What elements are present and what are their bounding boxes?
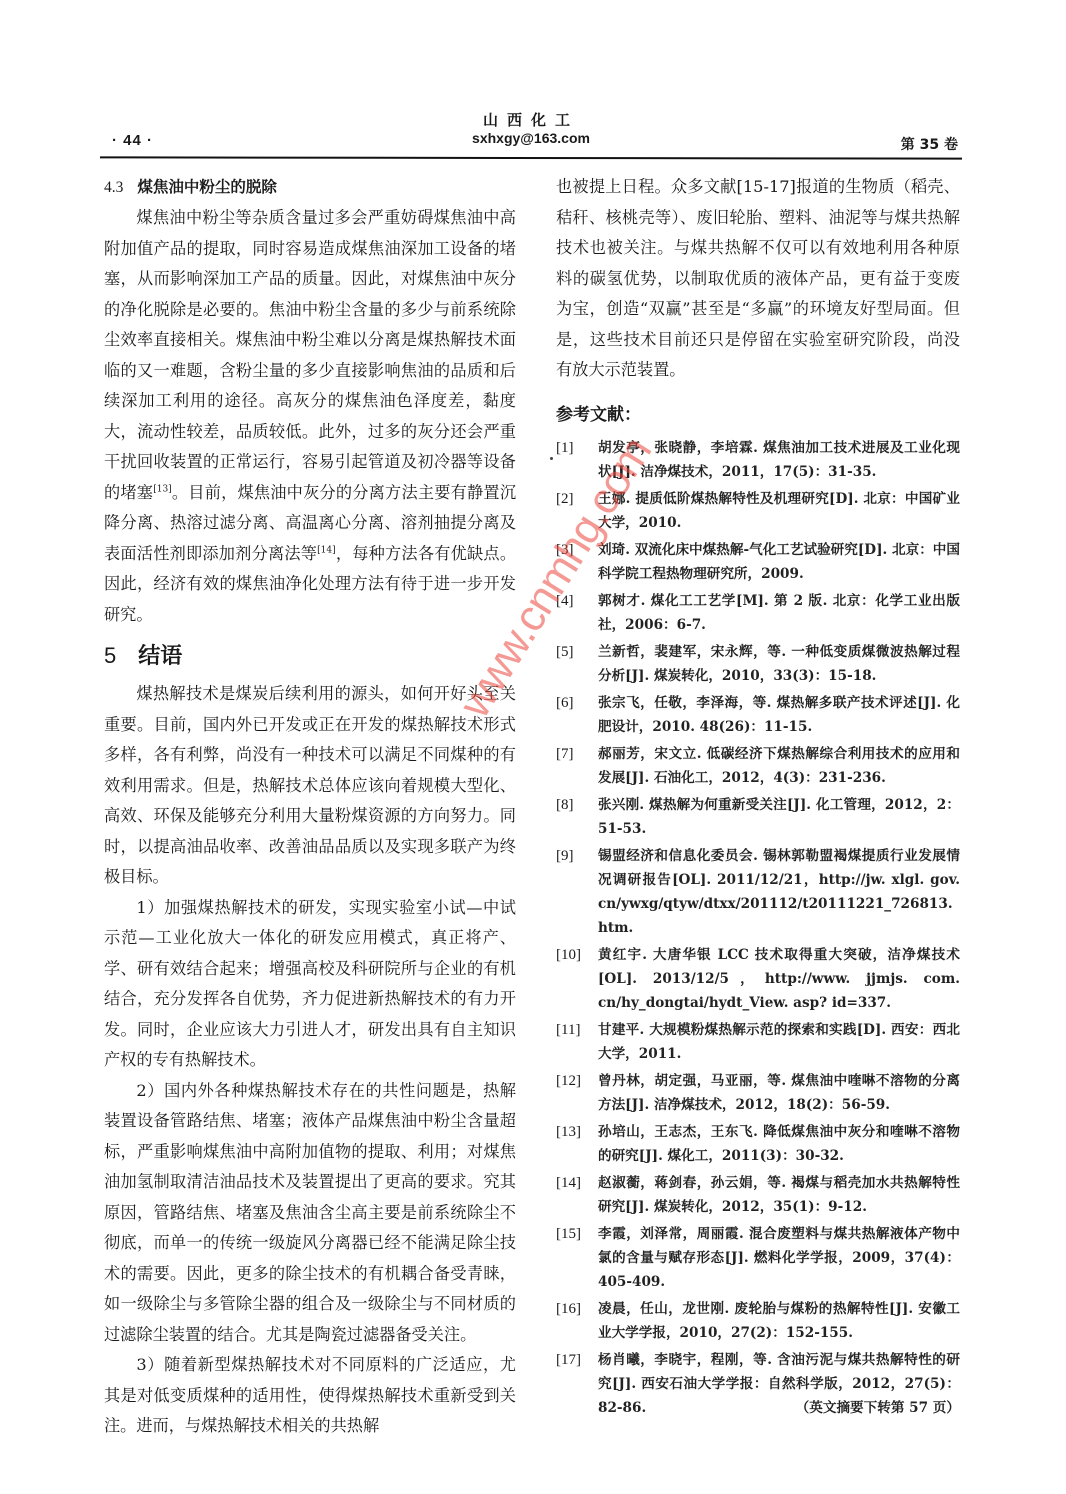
reference-text: 甘建平. 大规模粉煤热解示范的探索和实践[D]. 西安：西北大学，2011.	[598, 1018, 960, 1066]
reference-number: [8]	[556, 793, 598, 841]
reference-number: [3]	[556, 538, 598, 586]
reference-text: 孙培山，王志杰，王东飞. 降低煤焦油中灰分和喹啉不溶物的研究[J]. 煤化工，2…	[598, 1120, 960, 1168]
reference-number: [14]	[556, 1171, 598, 1219]
reference-item: [5]兰新哲，裴建军，宋永辉，等. 一种低变质煤微波热解过程分析[J]. 煤炭转…	[556, 640, 960, 688]
journal-masthead: 山西化工 sxhxgy@163.com	[100, 112, 962, 147]
conclusion-point-2: 2）国内外各种煤热解技术存在的共性问题是，热解装置设备管路结焦、堵塞；液体产品煤…	[104, 1076, 516, 1351]
reference-item: [11]甘建平. 大规模粉煤热解示范的探索和实践[D]. 西安：西北大学，201…	[556, 1018, 960, 1066]
reference-number: [4]	[556, 589, 598, 637]
conclusion-paragraph: 煤热解技术是煤炭后续利用的源头，如何开好头至关重要。目前，国内外已开发或正在开发…	[104, 679, 516, 893]
reference-text: 刘琦. 双流化床中煤热解-气化工艺试验研究[D]. 北京：中国科学院工程热物理研…	[598, 538, 960, 586]
reference-item: [4]郭树才. 煤化工工艺学[M]. 第 2 版. 北京：化学工业出版社，200…	[556, 589, 960, 637]
reference-text: 张兴刚. 煤热解为何重新受关注[J]. 化工管理，2012，2：51-53.	[598, 793, 960, 841]
reference-number: [11]	[556, 1018, 598, 1066]
reference-text: 杨肖曦，李晓宇，程刚，等. 含油污泥与煤共热解特性的研究[J]. 西安石油大学学…	[598, 1348, 960, 1420]
reference-number: [9]	[556, 844, 598, 940]
reference-text: 郝丽芳，宋文立. 低碳经济下煤热解综合利用技术的应用和发展[J]. 石油化工，2…	[598, 742, 960, 790]
reference-item: [7]郝丽芳，宋文立. 低碳经济下煤热解综合利用技术的应用和发展[J]. 石油化…	[556, 742, 960, 790]
reference-number: [13]	[556, 1120, 598, 1168]
reference-number: [5]	[556, 640, 598, 688]
reference-text: 李霞，刘泽常，周丽霞. 混合废塑料与煤共热解液体产物中氯的含量与赋存形态[J].…	[598, 1222, 960, 1294]
left-column: 4.3煤焦油中粉尘的脱除 煤焦油中粉尘等杂质含量过多会严重妨碍煤焦油中高附加值产…	[104, 172, 516, 1442]
citation-14: [14]	[317, 545, 335, 555]
scan-artifact-dot	[550, 457, 553, 460]
reference-text: 凌晨，任山，龙世刚. 废轮胎与煤粉的热解特性[J]. 安徽工业大学学报，2010…	[598, 1297, 960, 1345]
reference-item: [6]张宗飞，任敬，李泽海，等. 煤热解多联产技术评述[J]. 化肥设计，201…	[556, 691, 960, 739]
section-4-3-paragraph: 煤焦油中粉尘等杂质含量过多会严重妨碍煤焦油中高附加值产品的提取，同时容易造成煤焦…	[104, 203, 516, 630]
reference-number: [12]	[556, 1069, 598, 1117]
reference-number: [16]	[556, 1297, 598, 1345]
right-column: 也被提上日程。众多文献[15-17]报道的生物质（稻壳、秸秆、核桃壳等）、废旧轮…	[556, 172, 960, 1423]
journal-name: 山西化工	[100, 112, 962, 129]
section-4-3-heading: 4.3煤焦油中粉尘的脱除	[104, 172, 516, 203]
reference-item: [9]锡盟经济和信息化委员会. 锡林郭勒盟褐煤提质行业发展情况调研报告[OL].…	[556, 844, 960, 940]
section-title: 煤焦油中粉尘的脱除	[137, 178, 277, 196]
reference-item: [13]孙培山，王志杰，王东飞. 降低煤焦油中灰分和喹啉不溶物的研究[J]. 煤…	[556, 1120, 960, 1168]
reference-item: [14]赵淑蘅，蒋剑春，孙云娟，等. 褐煤与稻壳加水共热解特性研究[J]. 煤炭…	[556, 1171, 960, 1219]
page-header: · 44 · 山西化工 sxhxgy@163.com 第 35 卷	[100, 112, 962, 160]
header-rule	[100, 156, 962, 159]
reference-number: [17]	[556, 1348, 598, 1420]
conclusion-point-3: 3）随着新型煤热解技术对不同原料的广泛适应，尤其是对低变质煤种的适用性，使得煤热…	[104, 1350, 516, 1442]
section-title: 结语	[138, 644, 182, 669]
section-number: 5	[104, 643, 116, 668]
reference-number: [15]	[556, 1222, 598, 1294]
reference-text: 赵淑蘅，蒋剑春，孙云娟，等. 褐煤与稻壳加水共热解特性研究[J]. 煤炭转化，2…	[598, 1171, 960, 1219]
volume-label: 第 35 卷	[901, 134, 958, 154]
section-5-heading: 5结语	[104, 638, 516, 675]
reference-text: 黄红宇. 大唐华银 LCC 技术取得重大突破，洁净煤技术[OL]. 2013/1…	[598, 943, 960, 1015]
reference-number: [1]	[556, 436, 598, 484]
reference-item: [2]王娜. 提质低阶煤热解特性及机理研究[D]. 北京：中国矿业大学，2010…	[556, 487, 960, 535]
references-heading: 参考文献：	[556, 400, 960, 430]
reference-item: [3]刘琦. 双流化床中煤热解-气化工艺试验研究[D]. 北京：中国科学院工程热…	[556, 538, 960, 586]
reference-text: 郭树才. 煤化工工艺学[M]. 第 2 版. 北京：化学工业出版社，2006：6…	[598, 589, 960, 637]
reference-item: [10]黄红宇. 大唐华银 LCC 技术取得重大突破，洁净煤技术[OL]. 20…	[556, 943, 960, 1015]
reference-text: 兰新哲，裴建军，宋永辉，等. 一种低变质煤微波热解过程分析[J]. 煤炭转化，2…	[598, 640, 960, 688]
journal-email: sxhxgy@163.com	[100, 129, 962, 147]
reference-text: 曾丹林，胡定强，马亚丽，等. 煤焦油中喹啉不溶物的分离方法[J]. 洁净煤技术，…	[598, 1069, 960, 1117]
reference-list: [1]胡发亭，张晓静，李培霖. 煤焦油加工技术进展及工业化现状[J]. 洁净煤技…	[556, 436, 960, 1420]
reference-number: [6]	[556, 691, 598, 739]
reference-text: 王娜. 提质低阶煤热解特性及机理研究[D]. 北京：中国矿业大学，2010.	[598, 487, 960, 535]
section-number: 4.3	[104, 179, 123, 196]
reference-number: [10]	[556, 943, 598, 1015]
continued-note: （英文摘要下转第 57 页）	[796, 1396, 960, 1420]
reference-text: 张宗飞，任敬，李泽海，等. 煤热解多联产技术评述[J]. 化肥设计，2010. …	[598, 691, 960, 739]
reference-item: [16]凌晨，任山，龙世刚. 废轮胎与煤粉的热解特性[J]. 安徽工业大学学报，…	[556, 1297, 960, 1345]
reference-number: [2]	[556, 487, 598, 535]
reference-item: [12]曾丹林，胡定强，马亚丽，等. 煤焦油中喹啉不溶物的分离方法[J]. 洁净…	[556, 1069, 960, 1117]
reference-number: [7]	[556, 742, 598, 790]
reference-item: [17]杨肖曦，李晓宇，程刚，等. 含油污泥与煤共热解特性的研究[J]. 西安石…	[556, 1348, 960, 1420]
conclusion-continuation: 也被提上日程。众多文献[15-17]报道的生物质（稻壳、秸秆、核桃壳等）、废旧轮…	[556, 172, 960, 386]
reference-item: [15]李霞，刘泽常，周丽霞. 混合废塑料与煤共热解液体产物中氯的含量与赋存形态…	[556, 1222, 960, 1294]
conclusion-point-1: 1）加强煤热解技术的研发，实现实验室小试—中试示范—工业化放大一体化的研发应用模…	[104, 893, 516, 1076]
reference-item: [8]张兴刚. 煤热解为何重新受关注[J]. 化工管理，2012，2：51-53…	[556, 793, 960, 841]
reference-item: [1]胡发亭，张晓静，李培霖. 煤焦油加工技术进展及工业化现状[J]. 洁净煤技…	[556, 436, 960, 484]
reference-text: 锡盟经济和信息化委员会. 锡林郭勒盟褐煤提质行业发展情况调研报告[OL]. 20…	[598, 844, 960, 940]
citation-13: [13]	[153, 484, 171, 494]
paragraph-text: 煤焦油中粉尘等杂质含量过多会严重妨碍煤焦油中高附加值产品的提取，同时容易造成煤焦…	[104, 208, 516, 502]
reference-text: 胡发亭，张晓静，李培霖. 煤焦油加工技术进展及工业化现状[J]. 洁净煤技术，2…	[598, 436, 960, 484]
